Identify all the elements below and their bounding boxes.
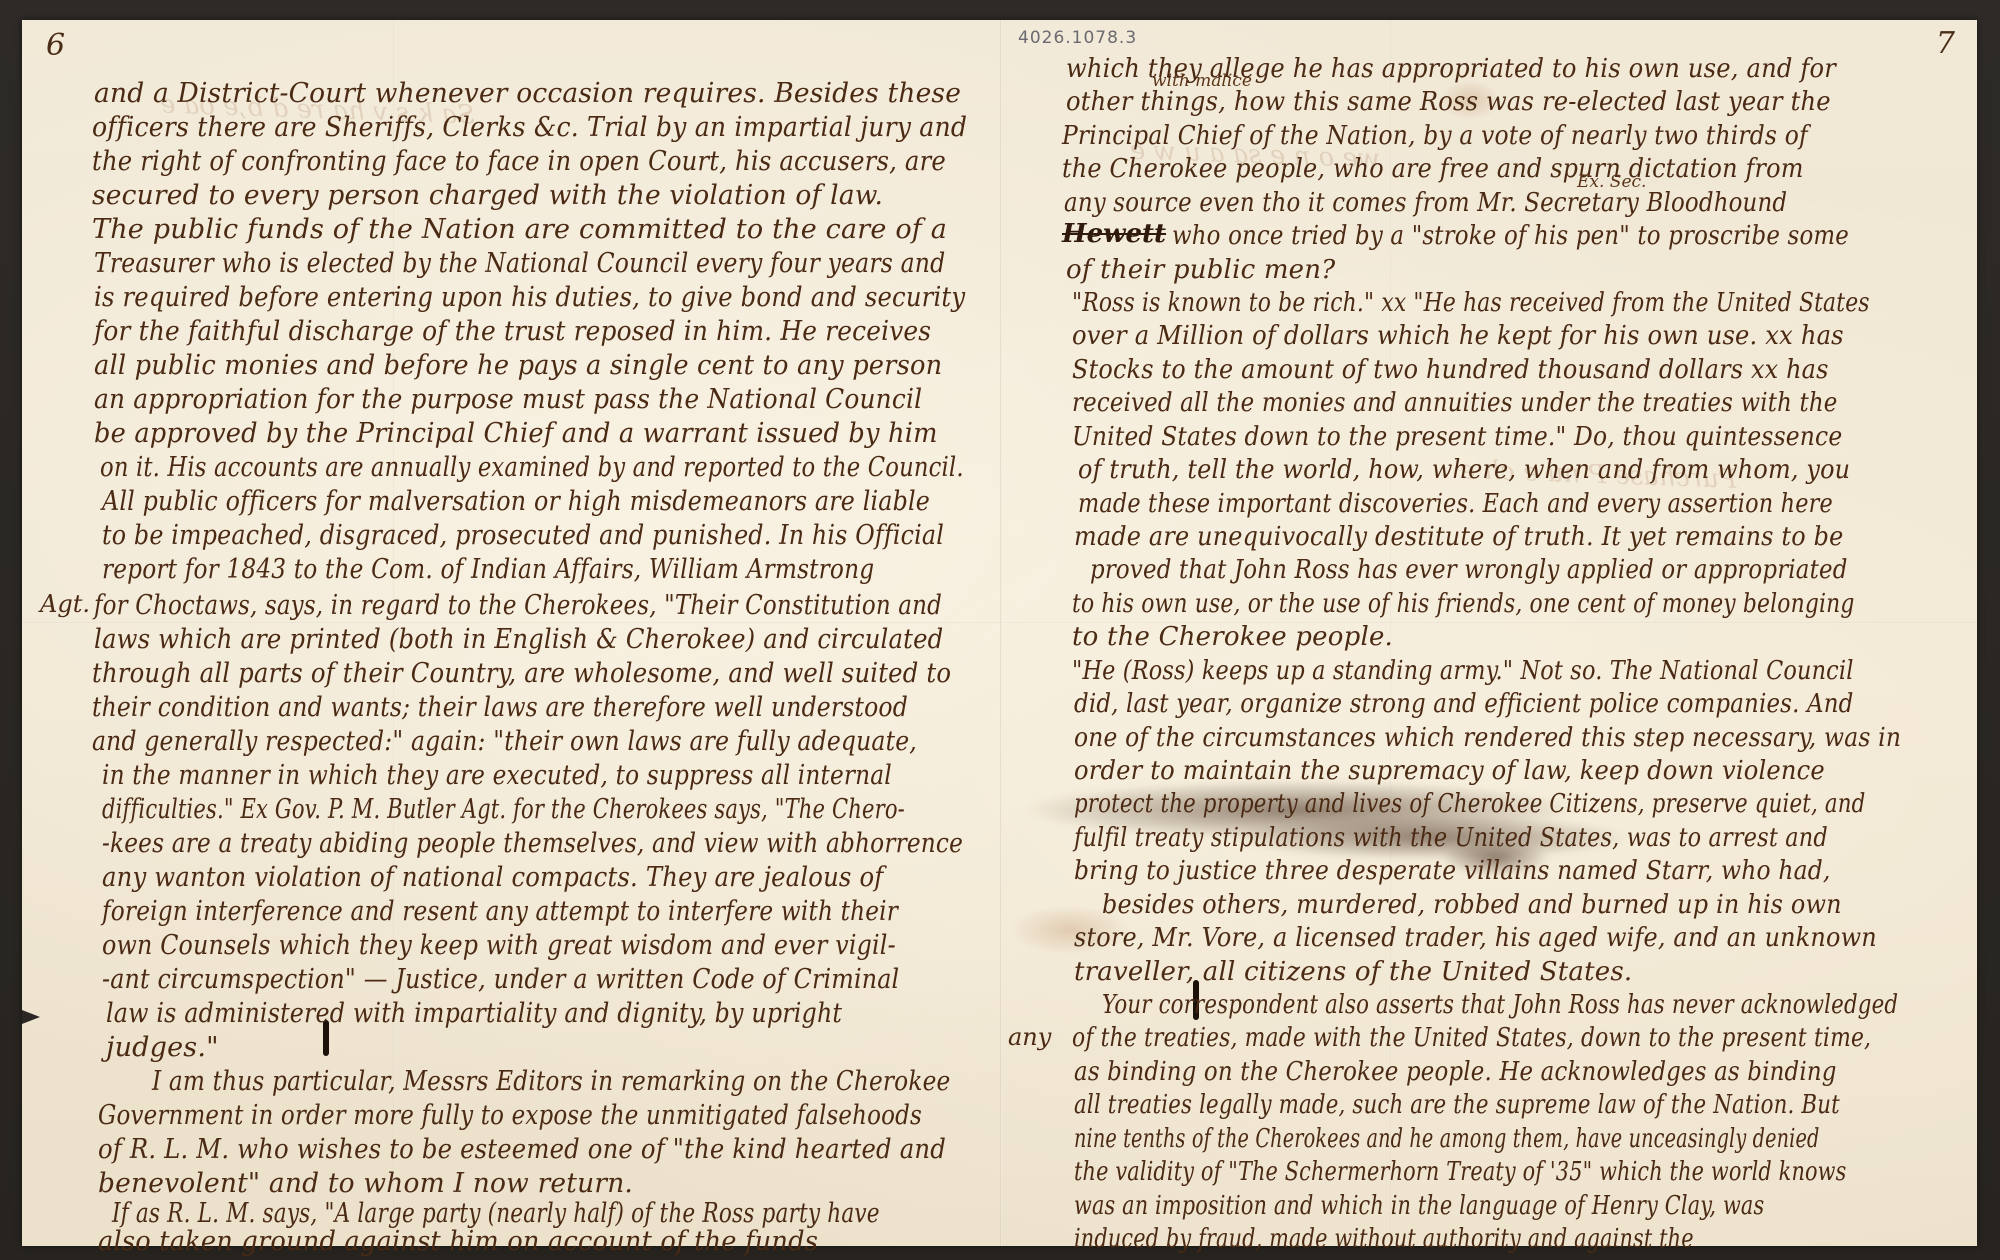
text-line: proved that John Ross has ever wrongly a… — [1090, 555, 1848, 585]
page-number: 7 — [1936, 26, 1955, 61]
text-line: was an imposition and which in the langu… — [1074, 1191, 1764, 1221]
text-line: Your correspondent also asserts that Joh… — [1102, 990, 1898, 1020]
text-line: officers there are Sheriffs, Clerks &c. … — [92, 112, 967, 143]
text-line: secured to every person charged with the… — [92, 180, 883, 211]
text-line: who once tried by a "stroke of his pen" … — [1172, 221, 1849, 251]
text-line: for the faithful discharge of the trust … — [94, 316, 931, 347]
text-line: "Ross is known to be rich." xx "He has r… — [1072, 288, 1870, 318]
text-line: to the Cherokee people. — [1072, 622, 1393, 652]
text-line: made these important discoveries. Each a… — [1078, 489, 1833, 519]
text-line: The public funds of the Nation are commi… — [92, 214, 947, 245]
text-line: besides others, murdered, robbed and bur… — [1102, 890, 1842, 920]
text-line: If as R. L. M. says, "A large party (nea… — [112, 1198, 880, 1229]
text-line: to his own use, or the use of his friend… — [1072, 589, 1855, 619]
text-line: of their public men? — [1066, 255, 1335, 285]
text-line: fulfil treaty stipulations with the Unit… — [1074, 823, 1828, 853]
text-line: for Choctaws, says, in regard to the Che… — [94, 590, 942, 621]
text-line: All public officers for malversation or … — [102, 486, 930, 517]
text-line: benevolent" and to whom I now return. — [98, 1168, 633, 1199]
text-line: one of the circumstances which rendered … — [1074, 723, 1901, 753]
text-line: bring to justice three desperate villain… — [1074, 856, 1831, 886]
text-line: traveller, all citizens of the United St… — [1074, 957, 1632, 987]
left-page: 6 and a District-Court whenever occasion… — [22, 20, 1000, 1246]
text-line: laws which are printed (both in English … — [94, 624, 943, 655]
text-line: is required before entering upon his dut… — [94, 282, 965, 313]
text-line: foreign interference and resent any atte… — [102, 896, 898, 927]
text-line: I am thus particular, Messrs Editors in … — [152, 1066, 950, 1097]
text-line: store, Mr. Vore, a licensed trader, his … — [1074, 923, 1877, 953]
margin-note: Agt. — [40, 590, 90, 618]
text-line: of the treaties, made with the United St… — [1072, 1023, 1871, 1053]
text-line: and generally respected:" again: "their … — [92, 726, 917, 757]
text-line: Stocks to the amount of two hundred thou… — [1072, 355, 1829, 385]
text-line: did, last year, organize strong and effi… — [1074, 689, 1853, 719]
text-line: own Counsels which they keep with great … — [102, 930, 896, 961]
text-line: the validity of "The Schermerhorn Treaty… — [1074, 1157, 1846, 1187]
text-line: the Cherokee people, who are free and sp… — [1062, 154, 1804, 184]
text-line: and a District-Court whenever occasion r… — [94, 78, 961, 109]
text-line: protect the property and lives of Cherok… — [1074, 789, 1865, 819]
text-line: order to maintain the supremacy of law, … — [1074, 756, 1825, 786]
text-line: received all the monies and annuities un… — [1072, 388, 1837, 418]
text-line: induced by fraud, made without authority… — [1074, 1224, 1694, 1254]
text-line: of R. L. M. who wishes to be esteemed on… — [98, 1134, 946, 1165]
right-page: 4026.1078.3 7 which they allege he has a… — [1002, 20, 1977, 1246]
text-line: in the manner in which they are executed… — [102, 760, 892, 791]
text-line: all public monies and before he pays a s… — [94, 350, 942, 381]
text-line: other things, how this same Ross was re-… — [1066, 87, 1831, 117]
text-line: Principal Chief of the Nation, by a vote… — [1062, 121, 1808, 151]
text-line: to be impeached, disgraced, prosecuted a… — [102, 520, 944, 551]
text-line: Treasurer who is elected by the National… — [94, 248, 945, 279]
text-line: judges." — [106, 1032, 219, 1063]
text-line: difficulties." Ex Gov. P. M. Butler Agt.… — [102, 794, 905, 825]
text-line: the right of confronting face to face in… — [92, 146, 946, 177]
text-line: over a Million of dollars which he kept … — [1072, 321, 1844, 351]
text-line: on it. His accounts are annually examine… — [100, 452, 964, 483]
text-line: be approved by the Principal Chief and a… — [94, 418, 938, 449]
text-line: -ant circumspection" — Justice, under a … — [102, 964, 899, 995]
margin-note: any — [1008, 1023, 1051, 1051]
text-line: nine tenths of the Cherokees and he amon… — [1074, 1124, 1819, 1154]
text-line: made are unequivocally destitute of trut… — [1074, 522, 1843, 552]
text-line: their condition and wants; their laws ar… — [92, 692, 908, 723]
text-line: an appropriation for the purpose must pa… — [94, 384, 922, 415]
text-line: "He (Ross) keeps up a standing army." No… — [1072, 656, 1854, 686]
struck-out-word: Hewett — [1062, 219, 1166, 249]
text-line: Government in order more fully to expose… — [98, 1100, 922, 1131]
text-line: through all parts of their Country, are … — [92, 658, 951, 689]
text-line: of truth, tell the world, how, where, wh… — [1078, 455, 1850, 485]
text-line: United States down to the present time."… — [1072, 422, 1842, 452]
page-number: 6 — [46, 28, 65, 63]
text-line: report for 1843 to the Com. of Indian Af… — [102, 554, 874, 585]
text-line: -kees are a treaty abiding people themse… — [102, 828, 963, 859]
text-line: any wanton violation of national compact… — [102, 862, 883, 893]
catalog-number: 4026.1078.3 — [1018, 28, 1137, 48]
text-line: as binding on the Cherokee people. He ac… — [1074, 1057, 1837, 1087]
text-line: law is administered with impartiality an… — [106, 998, 842, 1029]
text-line: all treaties legally made, such are the … — [1074, 1090, 1840, 1120]
text-line: also taken ground against him on account… — [98, 1226, 818, 1257]
text-line: any source even tho it comes from Mr. Se… — [1064, 188, 1787, 218]
